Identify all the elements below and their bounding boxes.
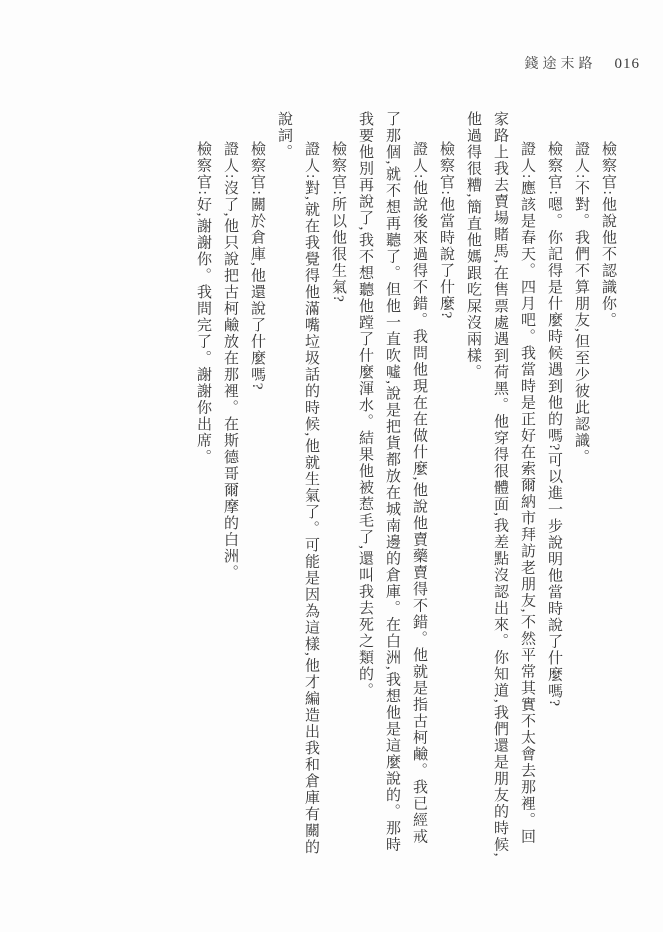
dialogue-line-prosecutor: 檢察官:好,謝謝你。我問完了。謝謝你出席。 (189, 111, 216, 861)
running-head: 錢途末路 016 (525, 53, 641, 73)
dialogue-line-prosecutor: 檢察官:他說他不認識你。 (594, 111, 621, 861)
book-page: 錢途末路 016 檢察官:他說他不認識你。 證人:不對。我們不算朋友,但至少彼此… (0, 0, 663, 932)
dialogue-line-witness: 證人:不對。我們不算朋友,但至少彼此認識。 (567, 111, 594, 861)
dialogue-line-prosecutor: 檢察官:他當時說了什麼? (432, 111, 459, 861)
dialogue-line-witness: 證人:應該是春天。四月吧。我當時是正好在索爾納市拜訪老朋友,不然平常其實不太會去… (459, 111, 540, 861)
dialogue-line-witness: 證人:沒了,他只說把古柯鹼放在那裡。在斯德哥爾摩的白洲。 (216, 111, 243, 861)
dialogue-line-witness: 證人:對,就在我覺得他滿嘴垃圾話的時候,他就生氣了。可能是因為這樣,他才編造出我… (270, 111, 324, 861)
dialogue-line-prosecutor: 檢察官:嗯。你記得是什麼時候遇到他的嗎?可以進一步說明他當時說了什麼嗎? (540, 111, 567, 861)
dialogue-line-prosecutor: 檢察官:關於倉庫,他還說了什麼嗎? (243, 111, 270, 861)
dialogue-line-witness: 證人:他說後來過得不錯。我問他現在在做什麼,他說他賣藥賣得不錯。他就是指古柯鹼。… (351, 111, 432, 861)
page-number: 016 (615, 56, 641, 73)
book-title: 錢途末路 (525, 53, 597, 73)
dialogue-text: 檢察官:他說他不認識你。 證人:不對。我們不算朋友,但至少彼此認識。 檢察官:嗯… (171, 111, 621, 861)
dialogue-line-prosecutor: 檢察官:所以他很生氣? (324, 111, 351, 861)
